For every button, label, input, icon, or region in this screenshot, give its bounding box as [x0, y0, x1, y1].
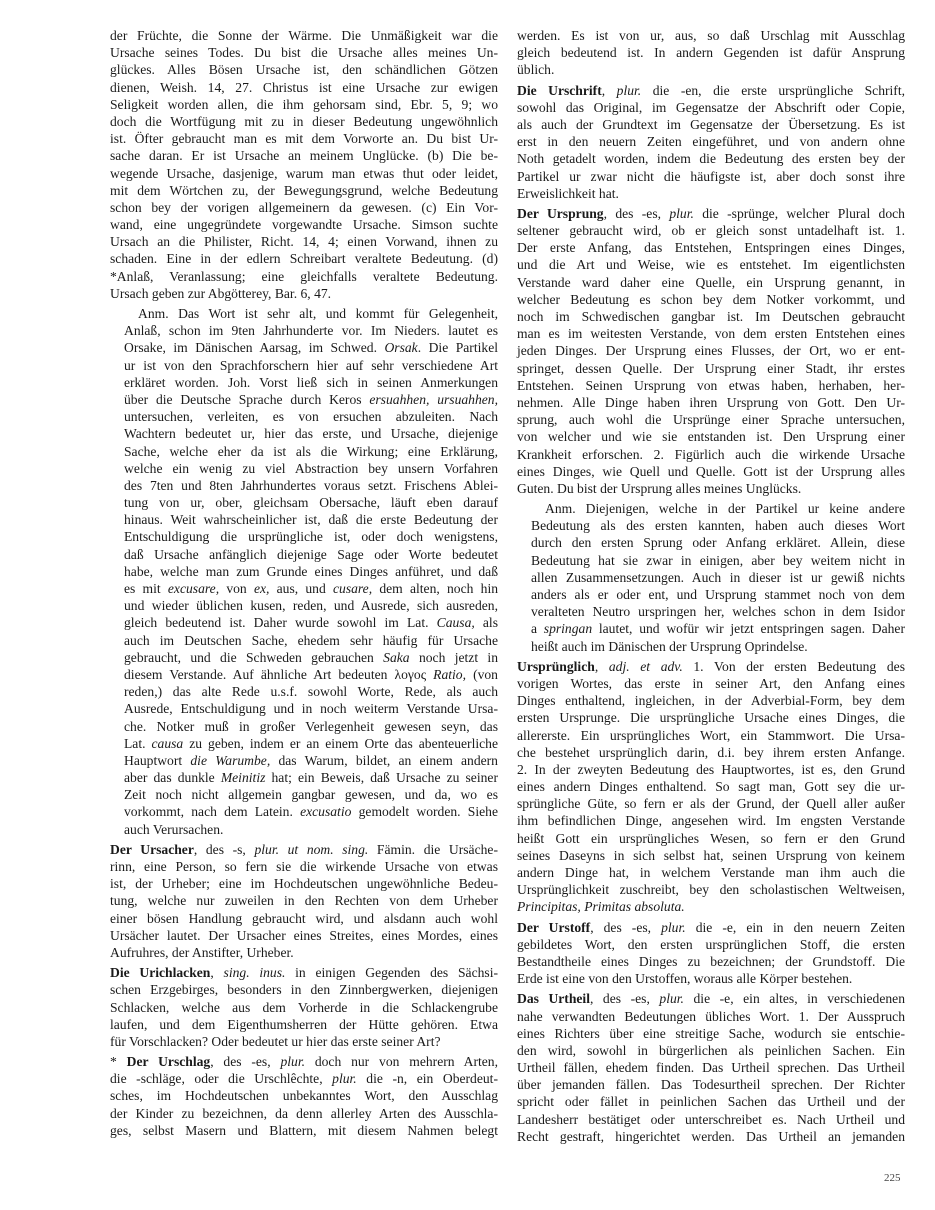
text-segment: 1. Von der ersten Bedeutung des [683, 659, 905, 674]
text-segment: zu geben, indem er an einem Orte das abe… [183, 736, 498, 751]
text-line: nehmen. Alle Dinge haben ihren Ursprung … [517, 394, 905, 411]
text-line: allererste. Ein ursprüngliches Wort, ein… [517, 727, 905, 744]
text-segment: den wird, sowohl in bürgerlichen als pei… [517, 1043, 905, 1058]
text-segment: Entschuldigung die ursprüngliche ist, od… [124, 529, 498, 544]
text-segment: gebraucht, und die Schweden gebrauchen [124, 650, 383, 665]
text-line: üblich. [517, 61, 905, 78]
italic-term: cusare, [333, 581, 372, 596]
text-line: über die Deutsche Sprache durch Keros er… [110, 391, 498, 408]
paragraph: werden. Es ist von ur, aus, so daß Ursch… [517, 27, 905, 79]
text-line: Ursach geben zur Abgötterey, Bar. 6, 47. [110, 285, 498, 302]
text-segment: die -schläge, oder die Urschlêchte, [110, 1071, 332, 1086]
headword: Das Urtheil [517, 991, 590, 1006]
text-line: auch im Deutschen Sache, ehedem sehr häu… [110, 632, 498, 649]
text-segment: veralteten Neutro urspringen her, welche… [531, 604, 905, 619]
text-segment: Erweislichkeit hat. [517, 186, 619, 201]
text-segment: welcher Bedeutung es schon bey dem Notke… [517, 292, 905, 307]
text-segment: , [602, 83, 617, 98]
text-segment: nahe verwandten Bedeutungen übliches Wor… [517, 1009, 905, 1024]
text-line: Recht gestraft, hingerichtet werden. Das… [517, 1128, 905, 1145]
text-line: diesem Verstande. Auf ähnliche Art bedeu… [110, 666, 498, 683]
text-segment: Ursprünglichkeit zuschreibt, bey den sch… [517, 882, 905, 897]
text-segment: nehmen. Alle Dinge haben ihren Ursprung … [517, 395, 905, 410]
headword: Der Urschlag [127, 1054, 211, 1069]
text-line: des 7ten und 8ten Jahrhundertes voraus s… [110, 477, 498, 494]
text-segment: ihm befindlichen Dinge, angesehen wird. … [517, 813, 905, 828]
text-segment: , [595, 659, 609, 674]
text-segment: der Früchte, die Sonne der Wärme. Die Un… [110, 28, 498, 43]
italic-term: plur. [659, 991, 684, 1006]
dictionary-entry: * Der Urschlag, des -es, plur. doch nur … [110, 1053, 498, 1139]
text-segment: Sache, welche eher da ist als die Wirkun… [124, 444, 498, 459]
text-segment: der Kinder zu bezeichnen, da denn allerl… [110, 1106, 498, 1121]
text-segment: noch jetzt in [410, 650, 498, 665]
text-segment: von [219, 581, 254, 596]
text-line: * Der Urschlag, des -es, plur. doch nur … [110, 1053, 498, 1070]
text-segment: noch im Schwedischen gangbar ist. Im Deu… [517, 309, 905, 324]
dictionary-entry: Die Urschrift, plur. die -en, die erste … [517, 82, 905, 202]
italic-term: springan [544, 621, 592, 636]
text-line: sprung, auch wohl die Ursprünge einer Sp… [517, 411, 905, 428]
text-segment: , [210, 965, 223, 980]
text-line: und wieder üblichen kusen, reden, und Au… [110, 597, 498, 614]
text-segment: habe, welche man zum Grunde eines Dinges… [124, 564, 498, 579]
text-column-right: werden. Es ist von ur, aus, so daß Ursch… [517, 27, 905, 1148]
text-line: ihm befindlichen Dinge, angesehen wird. … [517, 812, 905, 829]
dictionary-entry: Die Urichlacken, sing. inus. in einigen … [110, 964, 498, 1050]
text-segment: *Anlaß, Veranlassung; eine gleichfalls v… [110, 269, 498, 284]
text-segment: Ursächer lautet. Der Ursacher eines Stre… [110, 928, 498, 943]
text-segment: welche ein wenig zu viel Abstraction bey… [124, 461, 498, 476]
text-segment: auch Verursachen. [124, 822, 223, 837]
text-line: Die Urichlacken, sing. inus. in einigen … [110, 964, 498, 981]
text-segment: von welcher und wie sie entstanden ist. … [517, 429, 905, 444]
text-segment: Ursache seines Todes. Du bist die Ursach… [110, 45, 498, 60]
text-segment: Lat. [124, 736, 152, 751]
text-line: welcher Bedeutung es schon bey dem Notke… [517, 291, 905, 308]
italic-term: excusare, [168, 581, 219, 596]
text-segment: Zeit noch nicht allgemein gangbar gewese… [124, 787, 498, 802]
text-segment: eines Richters über eine streitige Sache… [517, 1026, 905, 1041]
text-line: gebildetes Wort, den ersten ursprünglich… [517, 936, 905, 953]
text-line: che bestehet ursprünglich darin, d.i. be… [517, 744, 905, 761]
text-line: ges, selbst Masern und Blattern, mit die… [110, 1122, 498, 1139]
text-segment: gemodelt worden. Siehe [351, 804, 498, 819]
text-segment: aber das dunkle [124, 770, 221, 785]
text-line: Noth getadelt worden, indem die Bedeutun… [517, 150, 905, 167]
text-line: Der Ursacher, des -s, plur. ut nom. sing… [110, 841, 498, 858]
text-line: Sache, welche eher da ist als die Wirkun… [110, 443, 498, 460]
headword: Der Ursacher [110, 842, 194, 857]
text-line: Bestandtheile eines Dinges zu bezeichnen… [517, 953, 905, 970]
text-line: Erde ist eine von den Urstoffen, woraus … [517, 970, 905, 987]
italic-term: sing. inus. [224, 965, 286, 980]
text-segment: spricht oder fället in peinlichen Sachen… [517, 1094, 905, 1109]
headword: Der Urstoff [517, 920, 590, 935]
text-segment: man es im weitesten Verstande, von dem e… [517, 326, 905, 341]
text-line: laufen, und dem Eigenthumsherren der Hüt… [110, 1016, 498, 1033]
italic-term: ersuahhen, ursuahhen, [369, 392, 498, 407]
paragraph: Anm. Das Wort ist sehr alt, und kommt fü… [110, 305, 498, 838]
italic-term: Ratio, [433, 667, 466, 682]
text-line: tung, welche nur zuweilen in den Rechten… [110, 892, 498, 909]
text-segment: hat; ein Beweis, daß Ursache zu seiner [265, 770, 498, 785]
italic-term: causa [152, 736, 184, 751]
text-line: Urtheil fällen, ehedem finden. Das Urthe… [517, 1059, 905, 1076]
dictionary-entry: Der Ursprung, des -es, plur. die -sprüng… [517, 205, 905, 497]
text-segment: Orsake, im Dänischen Aarsag, im Schwed. [124, 340, 384, 355]
text-line: seines Daseyns in sich selbst hat, seine… [517, 847, 905, 864]
text-segment: Noth getadelt worden, indem die Bedeutun… [517, 151, 905, 166]
text-line: Ursache seines Todes. Du bist die Ursach… [110, 44, 498, 61]
text-segment: glückes. Alles Bösen Ursache ist, den sc… [110, 62, 498, 77]
text-segment: es mit [124, 581, 168, 596]
text-line: und die Art und Weise, wie es entstehet.… [517, 256, 905, 273]
italic-term: plur. [280, 1054, 305, 1069]
text-line: ist, der Urheber; eine im Hochdeutschen … [110, 875, 498, 892]
text-segment: als [475, 615, 498, 630]
text-line: tung von ur, ober, gleichsam Obersache, … [110, 494, 498, 511]
text-line: nahe verwandten Bedeutungen übliches Wor… [517, 1008, 905, 1025]
text-line: anders als er oder ent, und Ursprung sta… [517, 586, 905, 603]
text-line: Entstehen. Seinen Ursprung von etwas hab… [517, 377, 905, 394]
text-line: seltener gebraucht wird, ob er gleich so… [517, 222, 905, 239]
text-segment: che. Notker muß in großer Verlegenheit g… [124, 719, 498, 734]
text-line: als auch der Grundtext im Gegensatze der… [517, 116, 905, 133]
text-line: reden,) das alte Rede u.s.f. sowohl Wort… [110, 683, 498, 700]
text-segment: erkläret worden. Joh. Vorst ließ sich in… [124, 375, 498, 390]
text-segment: eines Dinges, wie Quell und Quelle. Gott… [517, 464, 905, 479]
text-segment: Entstehen. Seinen Ursprung von etwas hab… [517, 378, 905, 393]
text-line: gleich bedeutend ist. Daher wurde sowohl… [110, 614, 498, 631]
text-segment: sprung, auch wohl die Ursprünge einer Sp… [517, 412, 905, 427]
text-segment: untersuchen, verleiten, es von ersuchen … [124, 409, 498, 424]
text-line: Zeit noch nicht allgemein gangbar gewese… [110, 786, 498, 803]
text-segment: Bestandtheile eines Dinges zu bezeichnen… [517, 954, 905, 969]
text-line: der Kinder zu bezeichnen, da denn allerl… [110, 1105, 498, 1122]
text-line: Partikel ur zwar nicht die häufigste ist… [517, 168, 905, 185]
text-segment: Krankheit erforschen. 2. Figürlich auch … [517, 447, 905, 462]
text-line: che. Notker muß in großer Verlegenheit g… [110, 718, 498, 735]
text-segment: laufen, und dem Eigenthumsherren der Hüt… [110, 1017, 498, 1032]
text-segment: die -e, ein altes, in verschiedenen [684, 991, 905, 1006]
text-line: noch im Schwedischen gangbar ist. Im Deu… [517, 308, 905, 325]
text-segment: lautet, und wofür wir jetzt entspringen … [592, 621, 905, 636]
text-segment: che bestehet ursprünglich darin, d.i. be… [517, 745, 905, 760]
text-segment: das Warum, bildet, an einem andern [270, 753, 498, 768]
text-line: veralteten Neutro urspringen her, welche… [517, 603, 905, 620]
text-line: dienen, Weish. 14, 27. Christus ist eine… [110, 79, 498, 96]
text-line: Guten. Du bist der Ursprung alles meines… [517, 480, 905, 497]
text-segment: sache daran. Er ist Ursache an meinem Un… [110, 148, 498, 163]
text-line: Hauptwort die Warumbe, das Warum, bildet… [110, 752, 498, 769]
text-segment: , des -es, [590, 991, 659, 1006]
text-segment: schaden. Eine in der edlern Schreibart v… [110, 251, 498, 266]
text-line: Landesherr bestätiget oder unterschreibe… [517, 1111, 905, 1128]
text-segment: werden. Es ist von ur, aus, so daß Ursch… [517, 28, 905, 43]
text-segment: daß Ursache anfänglich diejenige Sage od… [124, 547, 498, 562]
text-line: sache daran. Er ist Ursache an meinem Un… [110, 147, 498, 164]
text-segment: heißt auch im Dänischen der Ursprung Opr… [531, 639, 808, 654]
text-segment: Anm. Diejenigen, welche in der Partikel … [545, 501, 905, 516]
text-segment: Urtheil fällen, ehedem finden. Das Urthe… [517, 1060, 905, 1075]
text-line: der Früchte, die Sonne der Wärme. Die Un… [110, 27, 498, 44]
text-line: Aufruhres, der Anstifter, Urheber. [110, 944, 498, 961]
text-line: den wird, sowohl in bürgerlichen als pei… [517, 1042, 905, 1059]
italic-term: die Warumbe, [190, 753, 270, 768]
text-segment: Recht gestraft, hingerichtet werden. Das… [517, 1129, 905, 1144]
text-line: Das Urtheil, des -es, plur. die -e, ein … [517, 990, 905, 1007]
headword: Ursprünglich [517, 659, 595, 674]
text-line: Ausrede, Entschuldigung und in noch weit… [110, 700, 498, 717]
text-segment: heißt Gott ein ursprüngliches Wesen, so … [517, 831, 905, 846]
text-segment: über die Deutsche Sprache durch Keros [124, 392, 369, 407]
text-line: allen Zusammensetzungen. Auch in dieser … [517, 569, 905, 586]
text-line: eines andern Dinges enthaltend. So sagt … [517, 778, 905, 795]
text-line: Bedeutung hat sie zwar in einigen, aber … [517, 552, 905, 569]
text-segment: ersten Ursprunge. Die ursprüngliche Ursa… [517, 710, 905, 725]
text-segment: gleich bedeutend ist. Daher wurde sowohl… [124, 615, 437, 630]
text-line: auch Verursachen. [110, 821, 498, 838]
text-line: aber das dunkle Meinitiz hat; ein Beweis… [110, 769, 498, 786]
dictionary-entry: Ursprünglich, adj. et adv. 1. Von der er… [517, 658, 905, 916]
text-line: springet, dessen Quelle. Der Ursprung ei… [517, 360, 905, 377]
text-segment: durch den ersten Sprung oder Anfang erkl… [531, 535, 905, 550]
text-line: Anm. Das Wort ist sehr alt, und kommt fü… [110, 305, 498, 322]
text-segment: dem alten, noch hin [372, 581, 498, 596]
text-segment: hinaus. Weit wahrscheinlicher ist, daß d… [124, 512, 498, 527]
italic-term: excusatio [300, 804, 351, 819]
text-line: Krankheit erforschen. 2. Figürlich auch … [517, 446, 905, 463]
text-segment: doch die Wortfügung mit zu in dieser Bed… [110, 114, 498, 129]
text-segment: ist. Öfter gebraucht man es mit dem Vorw… [110, 131, 498, 146]
text-segment: Dinges enthaltend, ingleichen, in der Ad… [517, 693, 905, 708]
text-line: vorkommt, nach dem Latein. excusatio gem… [110, 803, 498, 820]
text-line: von welcher und wie sie entstanden ist. … [517, 428, 905, 445]
text-line: sprüngliche Güte, so fern er als der Gru… [517, 795, 905, 812]
text-line: erst in den neuern Zeiten eingeführet, u… [517, 133, 905, 150]
text-line: sowohl das Original, im Gegensatze der A… [517, 99, 905, 116]
text-segment: üblich. [517, 62, 554, 77]
text-line: vorigen Wortes, das erste in seiner Art,… [517, 675, 905, 692]
text-segment: ur ist von den Sprachforschern hier auf … [124, 358, 498, 373]
text-segment: einer bösen Handlung gebraucht wird, und… [110, 911, 498, 926]
text-line: Orsake, im Dänischen Aarsag, im Schwed. … [110, 339, 498, 356]
text-segment: schon bey der vorigen allgemeinern da ge… [110, 200, 498, 215]
text-line: Ursächer lautet. Der Ursacher eines Stre… [110, 927, 498, 944]
text-segment: Aufruhres, der Anstifter, Urheber. [110, 945, 294, 960]
text-segment: sowohl das Original, im Gegensatze der A… [517, 100, 905, 115]
text-line: glückes. Alles Bösen Ursache ist, den sc… [110, 61, 498, 78]
text-segment: vorkommt, nach dem Latein. [124, 804, 300, 819]
text-line: Erweislichkeit hat. [517, 185, 905, 202]
italic-term: plur. [669, 206, 694, 221]
italic-term: plur. ut nom. sing. [254, 842, 368, 857]
text-line: für Vorschlacken? Oder bedeutet ur hier … [110, 1033, 498, 1050]
text-segment: mit dem Wörtchen zu, der Bewegungsgrund,… [110, 183, 498, 198]
text-segment: vorigen Wortes, das erste in seiner Art,… [517, 676, 905, 691]
text-line: heißt auch im Dänischen der Ursprung Opr… [517, 638, 905, 655]
text-line: jeden Dinges. Der Ursprung eines Flusses… [517, 342, 905, 359]
text-segment: jeden Dinges. Der Ursprung eines Flusses… [517, 343, 905, 358]
text-segment: des 7ten und 8ten Jahrhundertes voraus s… [124, 478, 498, 493]
text-segment: Anm. Das Wort ist sehr alt, und kommt fü… [138, 306, 498, 321]
text-segment: Partikel ur zwar nicht die häufigste ist… [517, 169, 905, 184]
text-segment: über jemanden fällen. Das Todesurtheil s… [517, 1077, 905, 1092]
text-segment: Seligkeit worden allen, die ihm gehorsam… [110, 97, 498, 112]
text-segment: , des -es, [604, 206, 670, 221]
text-segment: , des -es, [590, 920, 661, 935]
text-line: rinn, eine Person, so fern sie die wirke… [110, 858, 498, 875]
text-line: gebraucht, und die Schweden gebrauchen S… [110, 649, 498, 666]
text-line: schen Erzgebirges, besonders in den Zinn… [110, 981, 498, 998]
text-line: Der Urstoff, des -es, plur. die -e, ein … [517, 919, 905, 936]
text-line: Ursprünglichkeit zuschreibt, bey den sch… [517, 881, 905, 898]
text-line: Anlaß, schon im 9ten Jahrhunderte vor. I… [110, 322, 498, 339]
text-segment: , des -es, [210, 1054, 280, 1069]
italic-term: Meinitiz [221, 770, 266, 785]
text-segment: Guten. Du bist der Ursprung alles meines… [517, 481, 801, 496]
text-line: Die Urschrift, plur. die -en, die erste … [517, 82, 905, 99]
text-line: schaden. Eine in der edlern Schreibart v… [110, 250, 498, 267]
text-line: hinaus. Weit wahrscheinlicher ist, daß d… [110, 511, 498, 528]
text-line: 2. In der zweyten Bedeutung des Hauptwor… [517, 761, 905, 778]
text-segment: ist, der Urheber; eine im Hochdeutschen … [110, 876, 498, 891]
text-segment: Wachtern bedeutet ur, hier das erste, un… [124, 426, 498, 441]
text-segment: Verstande ward daher eine Quelle, ein Ur… [517, 275, 905, 290]
text-segment: Bedeutung hat sie zwar in einigen, aber … [531, 553, 905, 568]
text-segment: die -en, die erste ursprüngliche Schrift… [641, 83, 905, 98]
text-segment: seltener gebraucht wird, ob er gleich so… [517, 223, 905, 238]
text-segment: Ursach geben zur Abgötterey, Bar. 6, 47. [110, 286, 331, 301]
dictionary-entry: Der Ursacher, des -s, plur. ut nom. sing… [110, 841, 498, 961]
text-line: untersuchen, verleiten, es von ersuchen … [110, 408, 498, 425]
text-line: welche ein wenig zu viel Abstraction bey… [110, 460, 498, 477]
text-line: es mit excusare, von ex, aus, und cusare… [110, 580, 498, 597]
text-line: Wachtern bedeutet ur, hier das erste, un… [110, 425, 498, 442]
italic-term: plur. [661, 920, 686, 935]
text-line: sches, im Hochdeutschen unbekanntes Wort… [110, 1087, 498, 1104]
dictionary-entry: Der Urstoff, des -es, plur. die -e, ein … [517, 919, 905, 988]
text-line: wand, eine ungegründete vorgewandte Ursa… [110, 216, 498, 233]
text-segment: reden,) das alte Rede u.s.f. sowohl Wort… [124, 684, 498, 699]
text-segment: seines Daseyns in sich selbst hat, seine… [517, 848, 905, 863]
text-segment: gebildetes Wort, den ersten ursprünglich… [517, 937, 905, 952]
text-line: einer bösen Handlung gebraucht wird, und… [110, 910, 498, 927]
text-line: Seligkeit worden allen, die ihm gehorsam… [110, 96, 498, 113]
text-line: ist. Öfter gebraucht man es mit dem Vorw… [110, 130, 498, 147]
italic-term: Orsak [384, 340, 417, 355]
text-segment: allen Zusammensetzungen. Auch in dieser … [531, 570, 905, 585]
text-segment: Ursach an die Philister, Richt. 14, 4; e… [110, 234, 498, 249]
text-line: Ursprünglich, adj. et adv. 1. Von der er… [517, 658, 905, 675]
text-segment: sprüngliche Güte, so fern er als der Gru… [517, 796, 905, 811]
paragraph: der Früchte, die Sonne der Wärme. Die Un… [110, 27, 498, 302]
text-segment: doch nur von mehrern Arten, [305, 1054, 498, 1069]
text-segment: Der erste Anfang, das Entstehen, Entspri… [517, 240, 905, 255]
text-segment: Hauptwort [124, 753, 190, 768]
text-segment: a [531, 621, 544, 636]
text-segment: . Die Partikel [418, 340, 498, 355]
text-segment: anders als er oder ent, und Ursprung sta… [531, 587, 905, 602]
text-segment: rinn, eine Person, so fern sie die wirke… [110, 859, 498, 874]
text-segment: tung, welche nur zuweilen in den Rechten… [110, 893, 498, 908]
text-line: Schlacken, welche aus dem Vorherde in di… [110, 999, 498, 1016]
text-line: wegende Ursache, dasjenige, warum man et… [110, 165, 498, 182]
text-segment: diesem Verstande. Auf ähnliche Art bedeu… [124, 667, 433, 682]
text-segment: als auch der Grundtext im Gegensatze der… [517, 117, 905, 132]
text-segment: Ausrede, Entschuldigung und in noch weit… [124, 701, 498, 716]
text-segment: springet, dessen Quelle. Der Ursprung ei… [517, 361, 905, 376]
text-segment: Landesherr bestätiget oder unterschreibe… [517, 1112, 905, 1127]
paragraph: Anm. Diejenigen, welche in der Partikel … [517, 500, 905, 655]
text-line: Entschuldigung die ursprüngliche ist, od… [110, 528, 498, 545]
text-line: andern Dinge hat, in welchem Verstande m… [517, 864, 905, 881]
text-line: Dinges enthaltend, ingleichen, in der Ad… [517, 692, 905, 709]
text-line: Bedeutung als des ersten kannten, haben … [517, 517, 905, 534]
text-segment: in einigen Gegenden des Sächsi- [285, 965, 498, 980]
text-column-left: der Früchte, die Sonne der Wärme. Die Un… [110, 27, 498, 1142]
text-segment: 2. In der zweyten Bedeutung des Hauptwor… [517, 762, 905, 777]
text-line: mit dem Wörtchen zu, der Bewegungsgrund,… [110, 182, 498, 199]
italic-term: adj. et adv. [609, 659, 683, 674]
text-line: doch die Wortfügung mit zu in dieser Bed… [110, 113, 498, 130]
text-segment: andern Dinge hat, in welchem Verstande m… [517, 865, 905, 880]
text-segment: die -sprünge, welcher Plural doch [694, 206, 905, 221]
text-line: ur ist von den Sprachforschern hier auf … [110, 357, 498, 374]
text-line: Der erste Anfang, das Entstehen, Entspri… [517, 239, 905, 256]
text-segment: wegende Ursache, dasjenige, warum man et… [110, 166, 498, 181]
text-line: Verstande ward daher eine Quelle, ein Ur… [517, 274, 905, 291]
italic-term: Causa, [437, 615, 475, 630]
italic-term: Saka [383, 650, 409, 665]
italic-term: ex, [254, 581, 269, 596]
text-segment: für Vorschlacken? Oder bedeutet ur hier … [110, 1034, 441, 1049]
text-segment: dienen, Weish. 14, 27. Christus ist eine… [110, 80, 498, 95]
text-segment: ges, selbst Masern und Blattern, mit die… [110, 1123, 498, 1138]
text-segment: tung von ur, ober, gleichsam Obersache, … [124, 495, 498, 510]
text-segment: schen Erzgebirges, besonders in den Zinn… [110, 982, 498, 997]
text-segment: wand, eine ungegründete vorgewandte Ursa… [110, 217, 498, 232]
text-segment: Fämin. die Ursäche- [368, 842, 498, 857]
text-segment: erst in den neuern Zeiten eingeführet, u… [517, 134, 905, 149]
text-line: a springan lautet, und wofür wir jetzt e… [517, 620, 905, 637]
text-line: durch den ersten Sprung oder Anfang erkl… [517, 534, 905, 551]
italic-term: Principitas, Primitas absoluta. [517, 899, 685, 914]
text-segment: sches, im Hochdeutschen unbekanntes Wort… [110, 1088, 498, 1103]
page-number: 225 [884, 1172, 901, 1184]
text-segment: und die Art und Weise, wie es entstehet.… [517, 257, 905, 272]
text-line: heißt Gott ein ursprüngliches Wesen, so … [517, 830, 905, 847]
dictionary-entry: Das Urtheil, des -es, plur. die -e, ein … [517, 990, 905, 1145]
italic-term: plur. [332, 1071, 357, 1086]
text-segment: aus, und [269, 581, 333, 596]
italic-term: plur. [617, 83, 642, 98]
text-line: daß Ursache anfänglich diejenige Sage od… [110, 546, 498, 563]
text-line: über jemanden fällen. Das Todesurtheil s… [517, 1076, 905, 1093]
text-segment: gleich bedeutend ist. In andern Gegenden… [517, 45, 905, 60]
text-line: *Anlaß, Veranlassung; eine gleichfalls v… [110, 268, 498, 285]
text-line: habe, welche man zum Grunde eines Dinges… [110, 563, 498, 580]
text-line: erkläret worden. Joh. Vorst ließ sich in… [110, 374, 498, 391]
text-segment: , des -s, [194, 842, 255, 857]
text-segment: allererste. Ein ursprüngliches Wort, ein… [517, 728, 905, 743]
text-segment: und wieder üblichen kusen, reden, und Au… [124, 598, 498, 613]
text-segment: (von [466, 667, 498, 682]
headword: Der Ursprung [517, 206, 604, 221]
text-line: Principitas, Primitas absoluta. [517, 898, 905, 915]
text-segment: die -n, ein Oberdeut- [357, 1071, 498, 1086]
